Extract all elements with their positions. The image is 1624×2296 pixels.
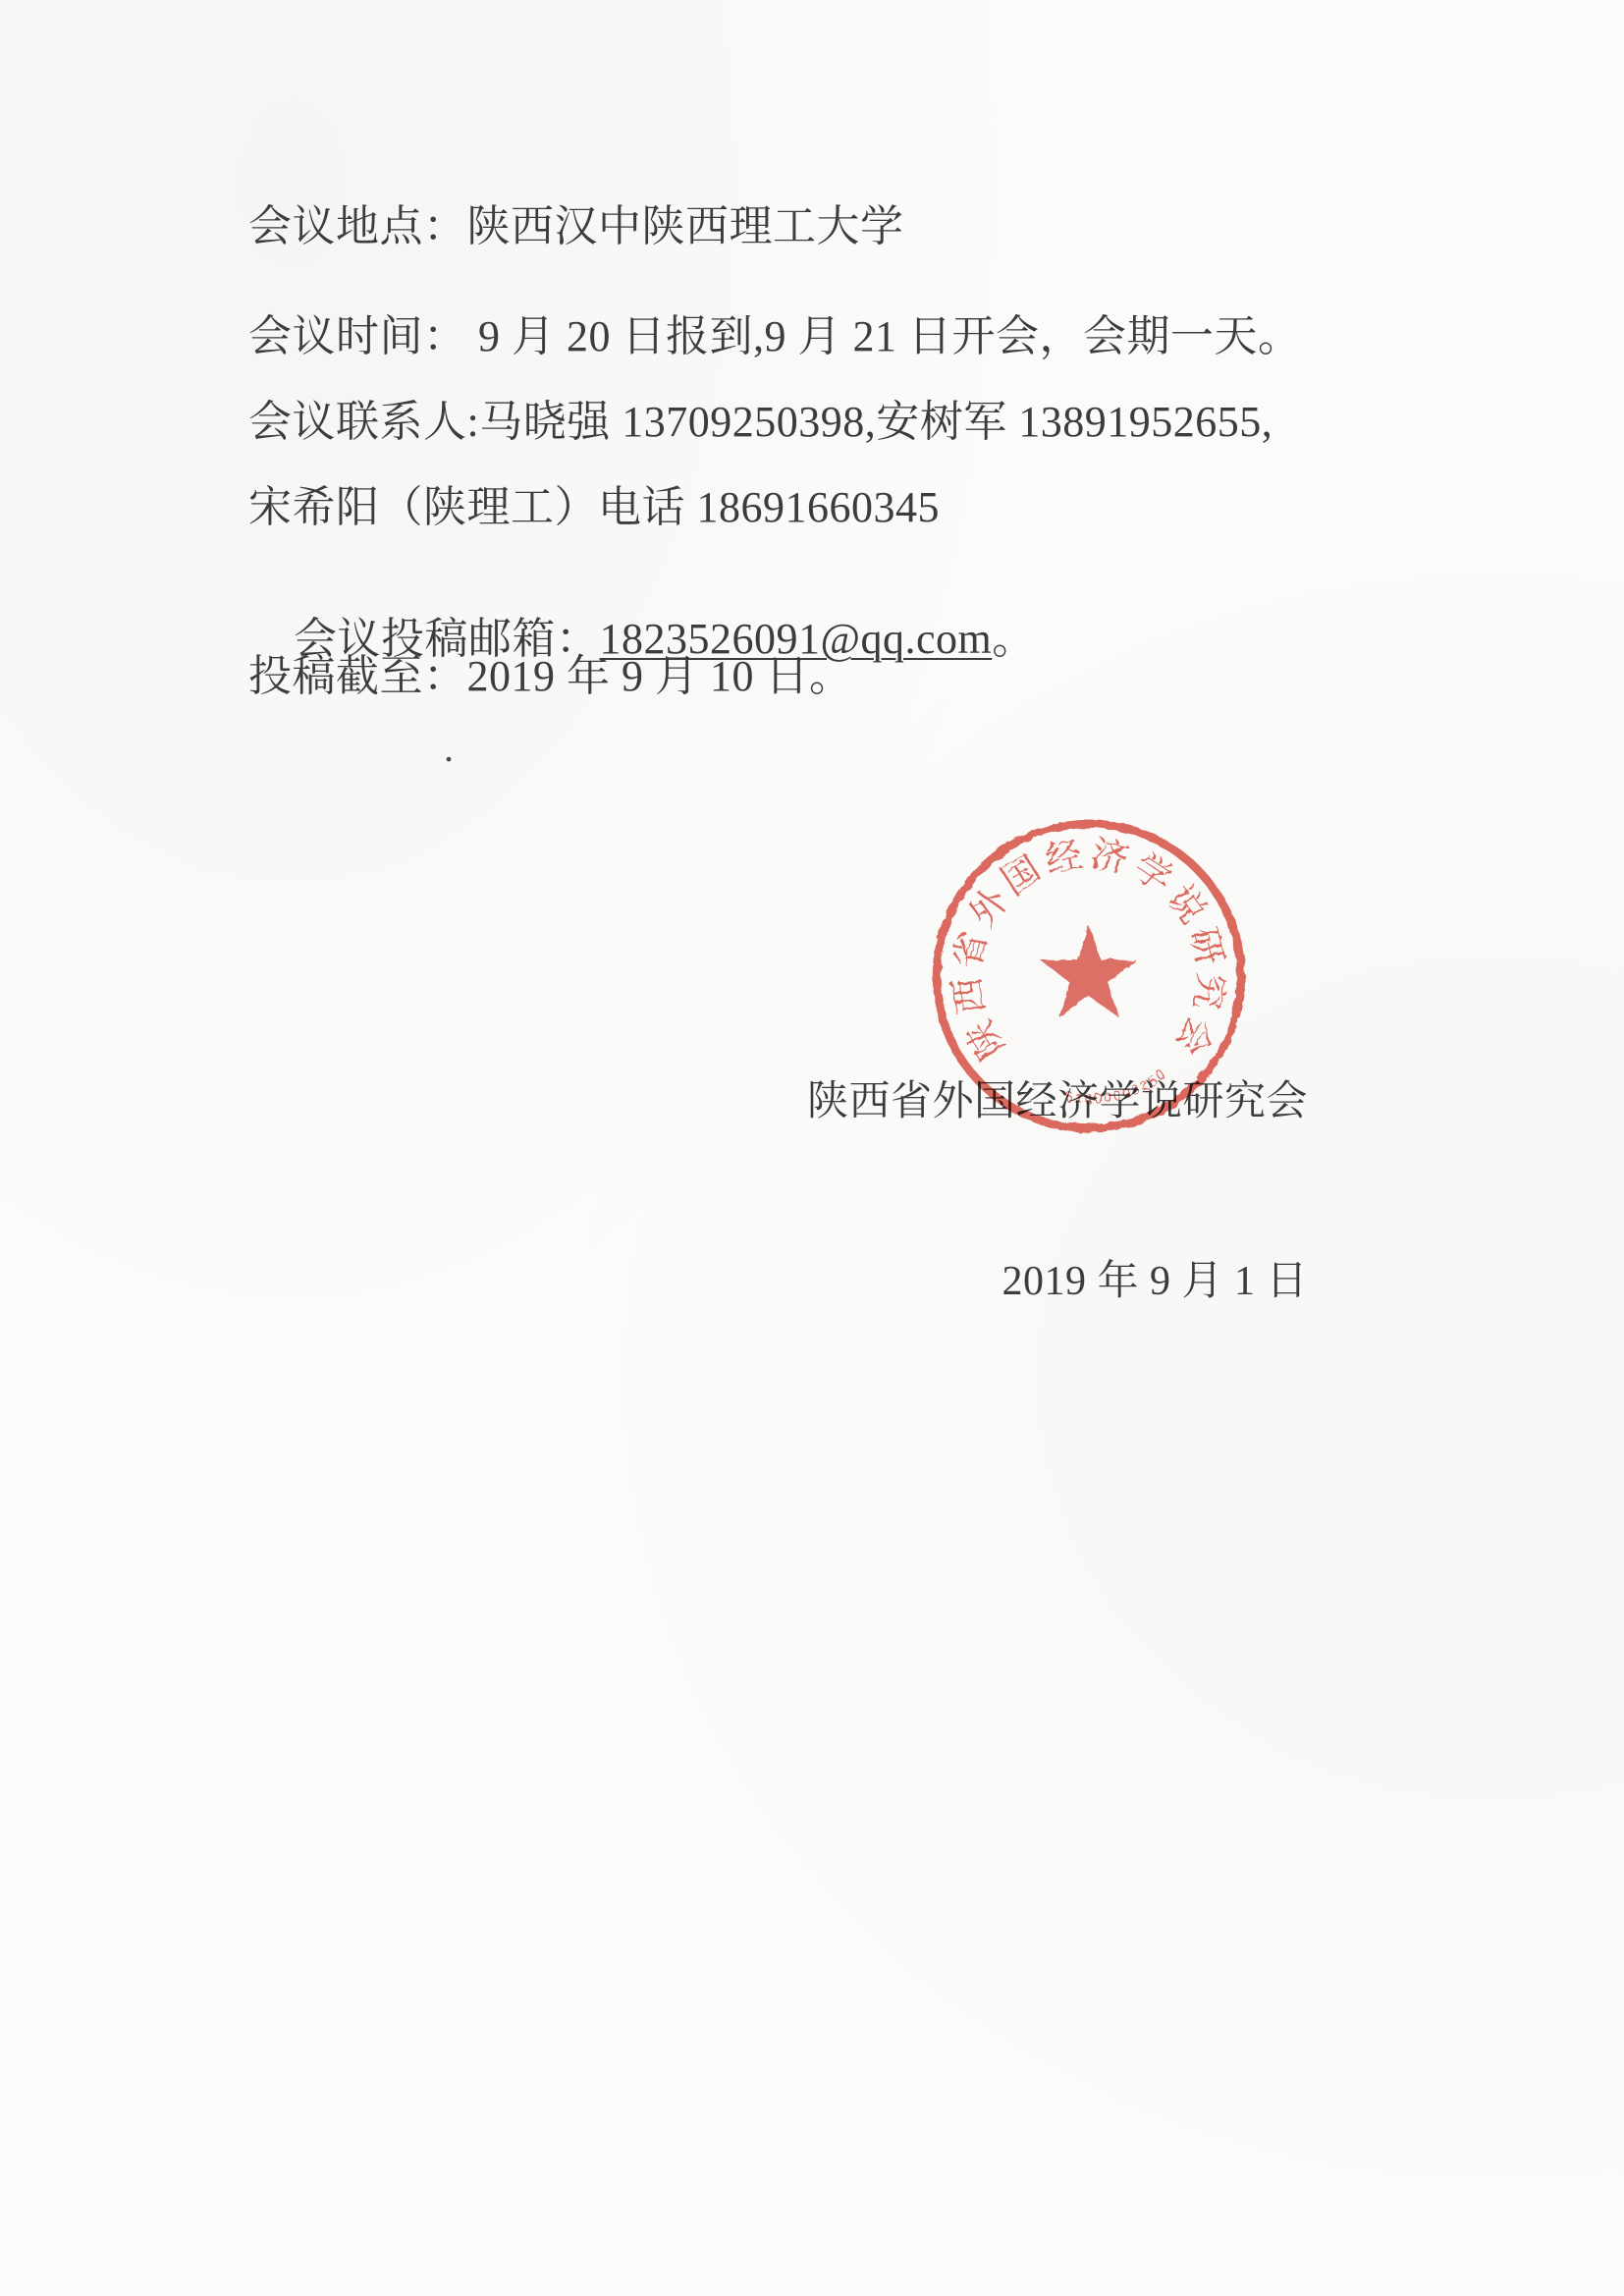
meeting-time-line: 会议时间： 9 月 20 日报到,9 月 21 日开会，会期一天。 xyxy=(248,312,1302,361)
star-icon xyxy=(1041,925,1137,1016)
scanned-letter-page: 会议地点：陕西汉中陕西理工大学 会议时间： 9 月 20 日报到,9 月 21 … xyxy=(0,0,1624,2296)
stamp-ink-group: 陕西省外国经济学说研究会 61000008250 xyxy=(937,824,1241,1128)
svg-text:61000008250: 61000008250 xyxy=(1064,1066,1170,1107)
submission-deadline-line: 投稿截至：2019 年 9 月 10 日。 xyxy=(248,652,853,701)
stray-ink-dot: . xyxy=(444,725,454,771)
stamp-registration-code: 61000008250 xyxy=(1064,1066,1170,1107)
meeting-contacts-line-1: 会议联系人:马晓强 13709250398,安树军 13891952655, xyxy=(248,398,1272,447)
meeting-contacts-line-2: 宋希阳（陕理工）电话 18691660345 xyxy=(248,483,940,532)
meeting-location-line: 会议地点：陕西汉中陕西理工大学 xyxy=(248,202,904,251)
official-seal-stamp: 陕西省外国经济学说研究会 61000008250 xyxy=(923,810,1255,1142)
signature-date: 2019 年 9 月 1 日 xyxy=(807,1258,1308,1305)
submission-email-tail: 。 xyxy=(992,615,1036,663)
